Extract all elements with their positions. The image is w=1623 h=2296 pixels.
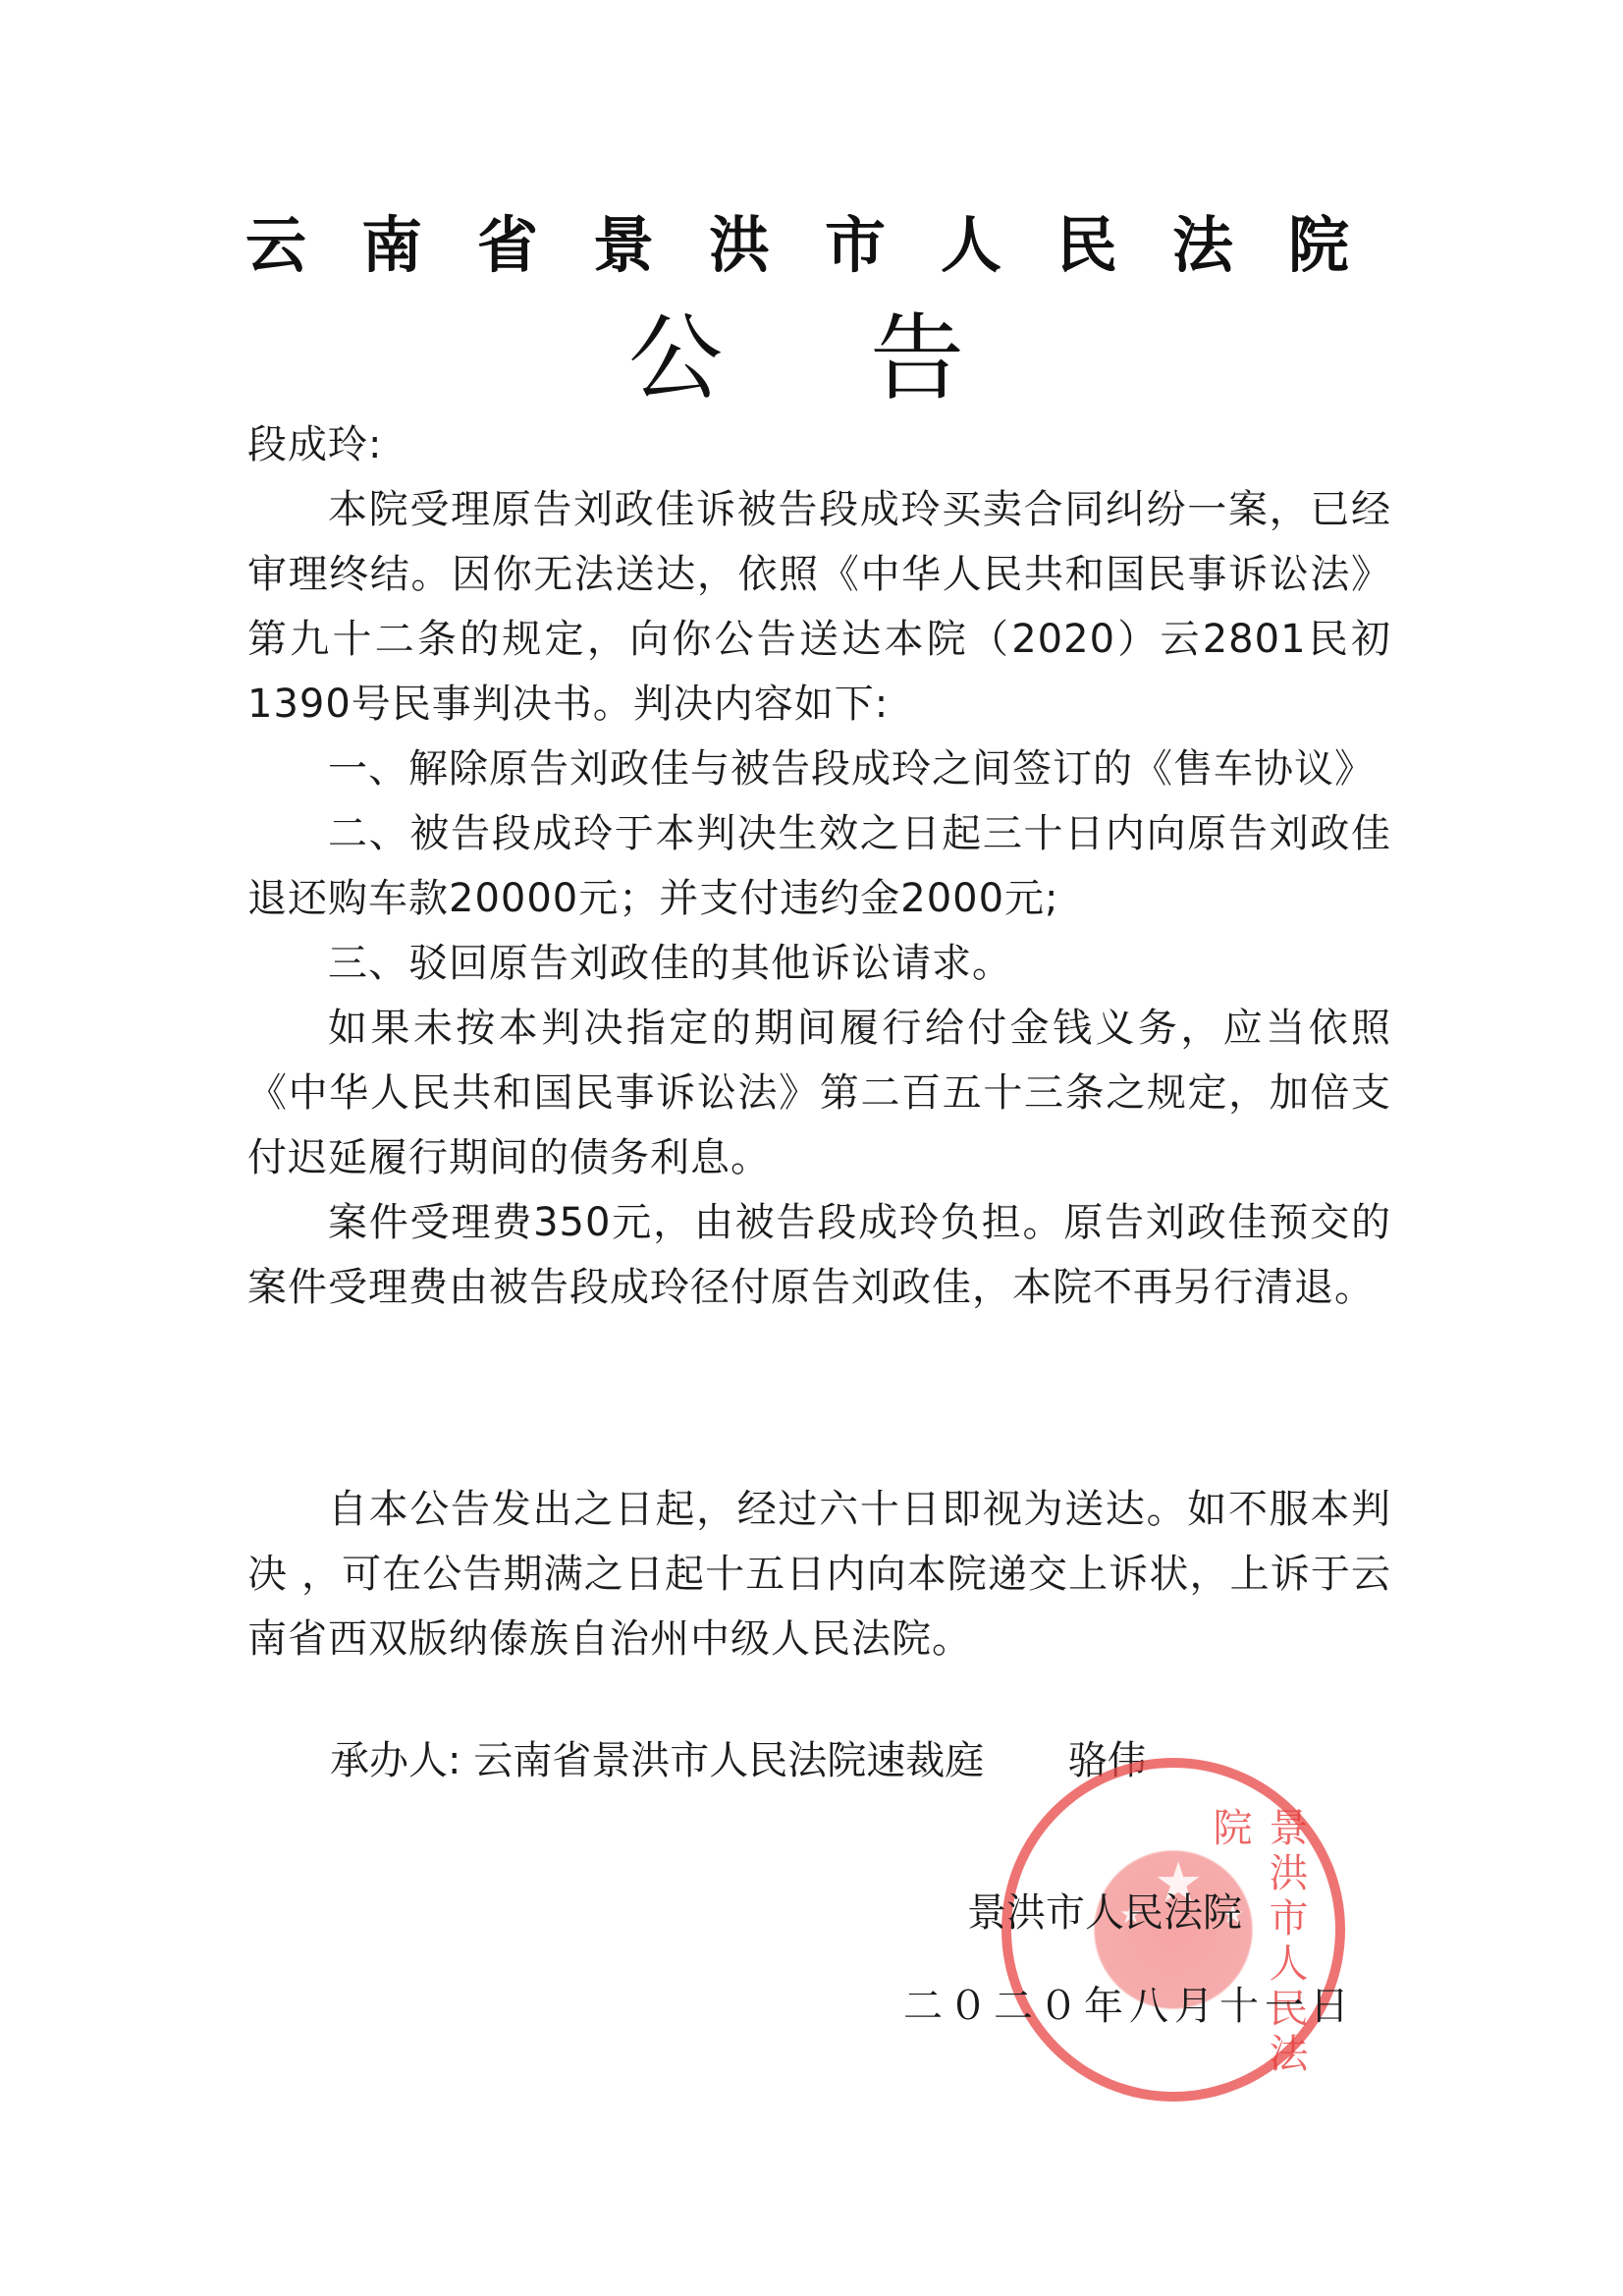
court-name-heading: 云南省景洪市人民法院	[245, 206, 1375, 285]
late-payment-paragraph: 如果未按本判决指定的期间履行给付金钱义务，应当依照《中华人民共和国民事诉讼法》第…	[247, 996, 1391, 1190]
seal-text: 景洪市人民法院	[1202, 1807, 1314, 2092]
issue-date: 二０二０年八月十一日	[903, 1974, 1355, 2039]
court-fee-paragraph: 案件受理费350元，由被告段成玲负担。原告刘政佳预交的案件受理费由被告段成玲径付…	[247, 1190, 1391, 1320]
ruling-item-1: 一、解除原告刘政佳与被告段成玲之间签订的《售车协议》	[247, 737, 1391, 801]
issuing-court: 景洪市人民法院	[967, 1881, 1242, 1945]
ruling-item-3: 三、驳回原告刘政佳的其他诉讼请求。	[247, 931, 1391, 996]
handler-department: 云南省景洪市人民法院速裁庭	[473, 1738, 984, 1783]
addressee: 段成玲:	[247, 412, 1391, 477]
document-title: 公告	[628, 300, 1111, 417]
intro-paragraph: 本院受理原告刘政佳诉被告段成玲买卖合同纠纷一案，已经审理终结。因你无法送达，依照…	[247, 477, 1391, 737]
service-notice: 自本公告发出之日起，经过六十日即视为送达。如不服本判决 ，可在公告期满之日起十五…	[247, 1477, 1391, 1671]
appeal-paragraph: 自本公告发出之日起，经过六十日即视为送达。如不服本判决 ，可在公告期满之日起十五…	[247, 1477, 1391, 1671]
handler-label: 承办人:	[330, 1738, 460, 1783]
case-handler: 承办人: 云南省景洪市人民法院速裁庭 骆伟	[330, 1728, 1147, 1793]
judgment-body: 本院受理原告刘政佳诉被告段成玲买卖合同纠纷一案，已经审理终结。因你无法送达，依照…	[247, 477, 1391, 1320]
document-page: 云南省景洪市人民法院 公告 段成玲: 本院受理原告刘政佳诉被告段成玲买卖合同纠纷…	[0, 0, 1623, 2296]
ruling-item-2: 二、被告段成玲于本判决生效之日起三十日内向原告刘政佳退还购车款20000元；并支…	[247, 801, 1391, 931]
